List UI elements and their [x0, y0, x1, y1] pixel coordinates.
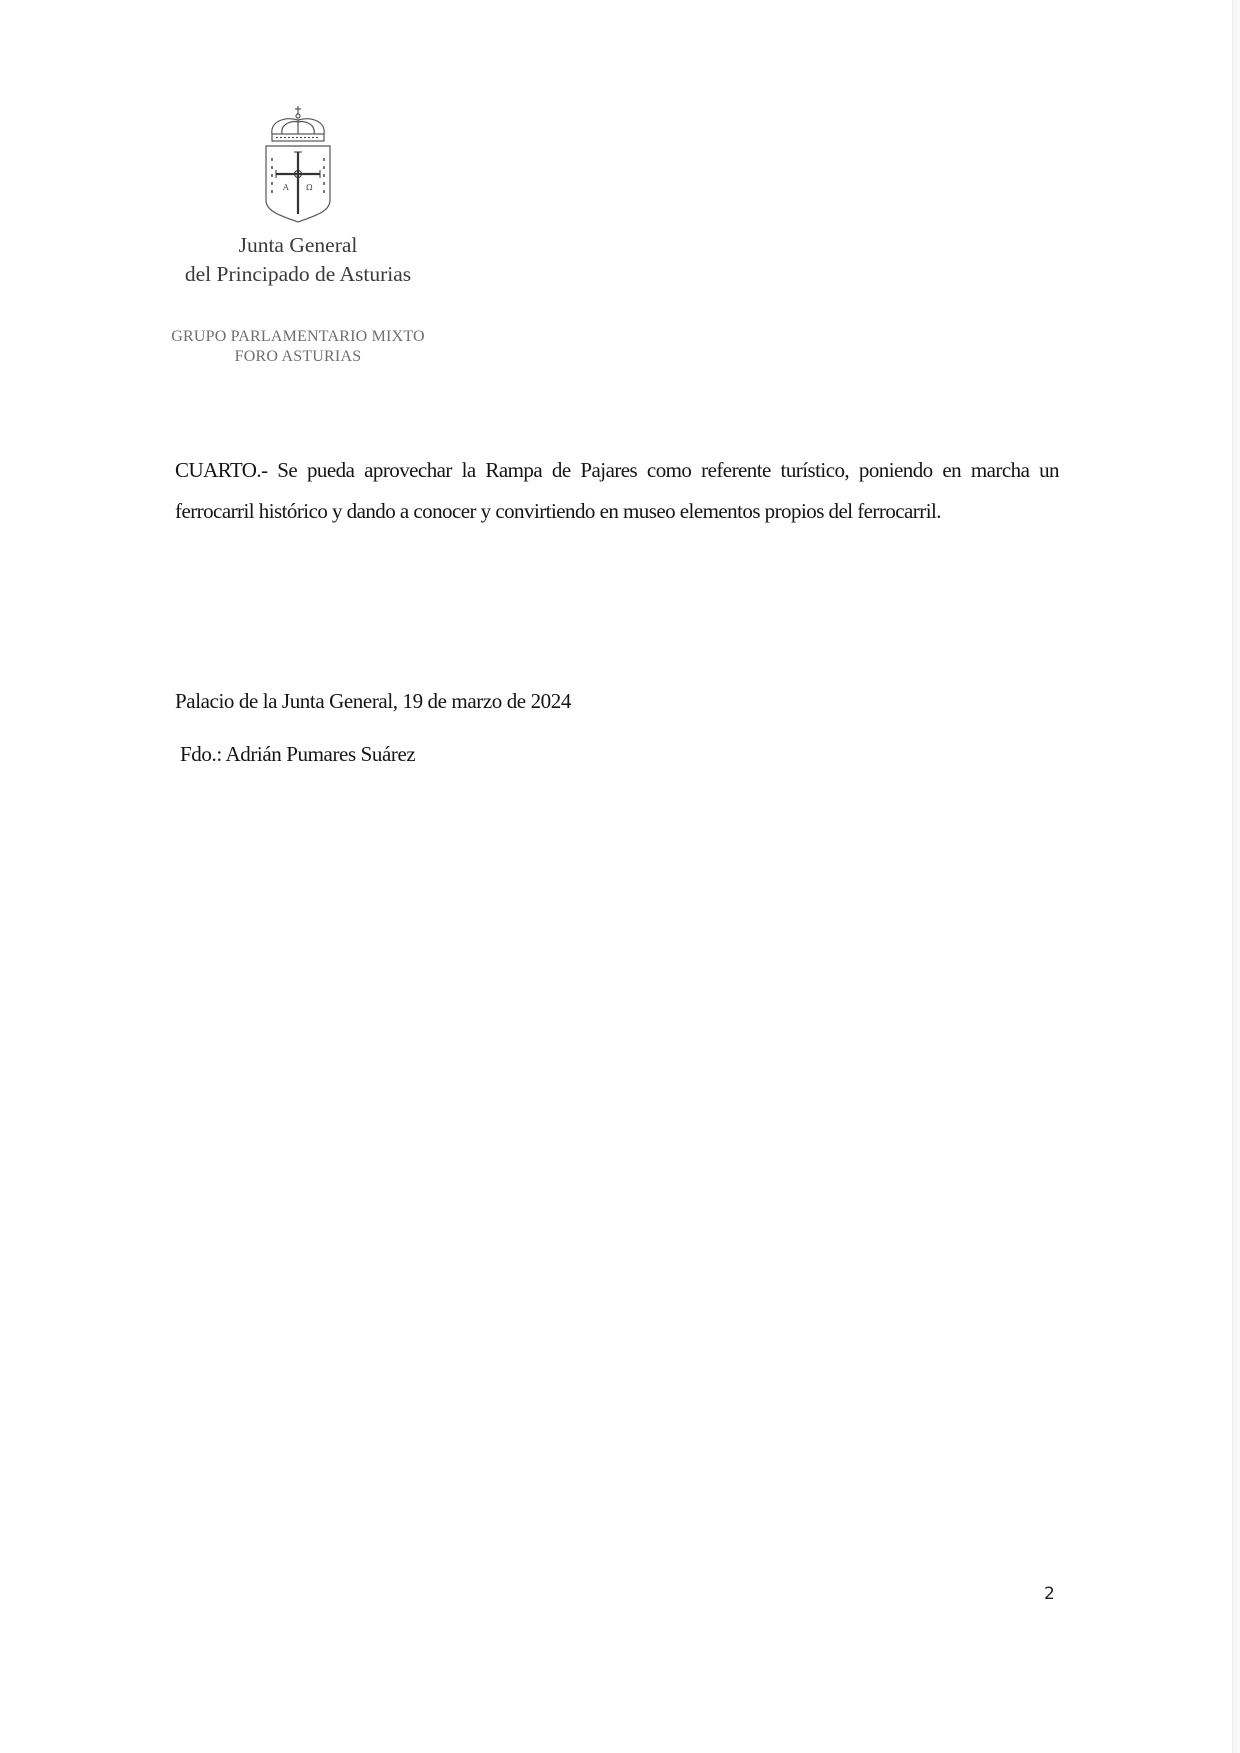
parliamentary-group: GRUPO PARLAMENTARIO MIXTO FORO ASTURIAS — [120, 327, 476, 367]
institution-name: Junta General del Principado de Asturias — [120, 231, 476, 289]
page-number: 2 — [1044, 1584, 1055, 1604]
scan-edge — [1232, 0, 1240, 1753]
place-date: Palacio de la Junta General, 19 de marzo… — [175, 688, 571, 714]
institution-line-2: del Principado de Asturias — [120, 260, 476, 289]
coat-of-arms-icon: A Ω — [262, 104, 334, 226]
group-line-2: FORO ASTURIAS — [120, 347, 476, 367]
svg-text:A: A — [282, 183, 289, 192]
body-paragraph: CUARTO.- Se pueda aprovechar la Rampa de… — [175, 450, 1059, 532]
svg-text:Ω: Ω — [306, 183, 313, 192]
signature: Fdo.: Adrián Pumares Suárez — [180, 741, 415, 767]
institution-line-1: Junta General — [120, 231, 476, 260]
group-line-1: GRUPO PARLAMENTARIO MIXTO — [120, 327, 476, 347]
